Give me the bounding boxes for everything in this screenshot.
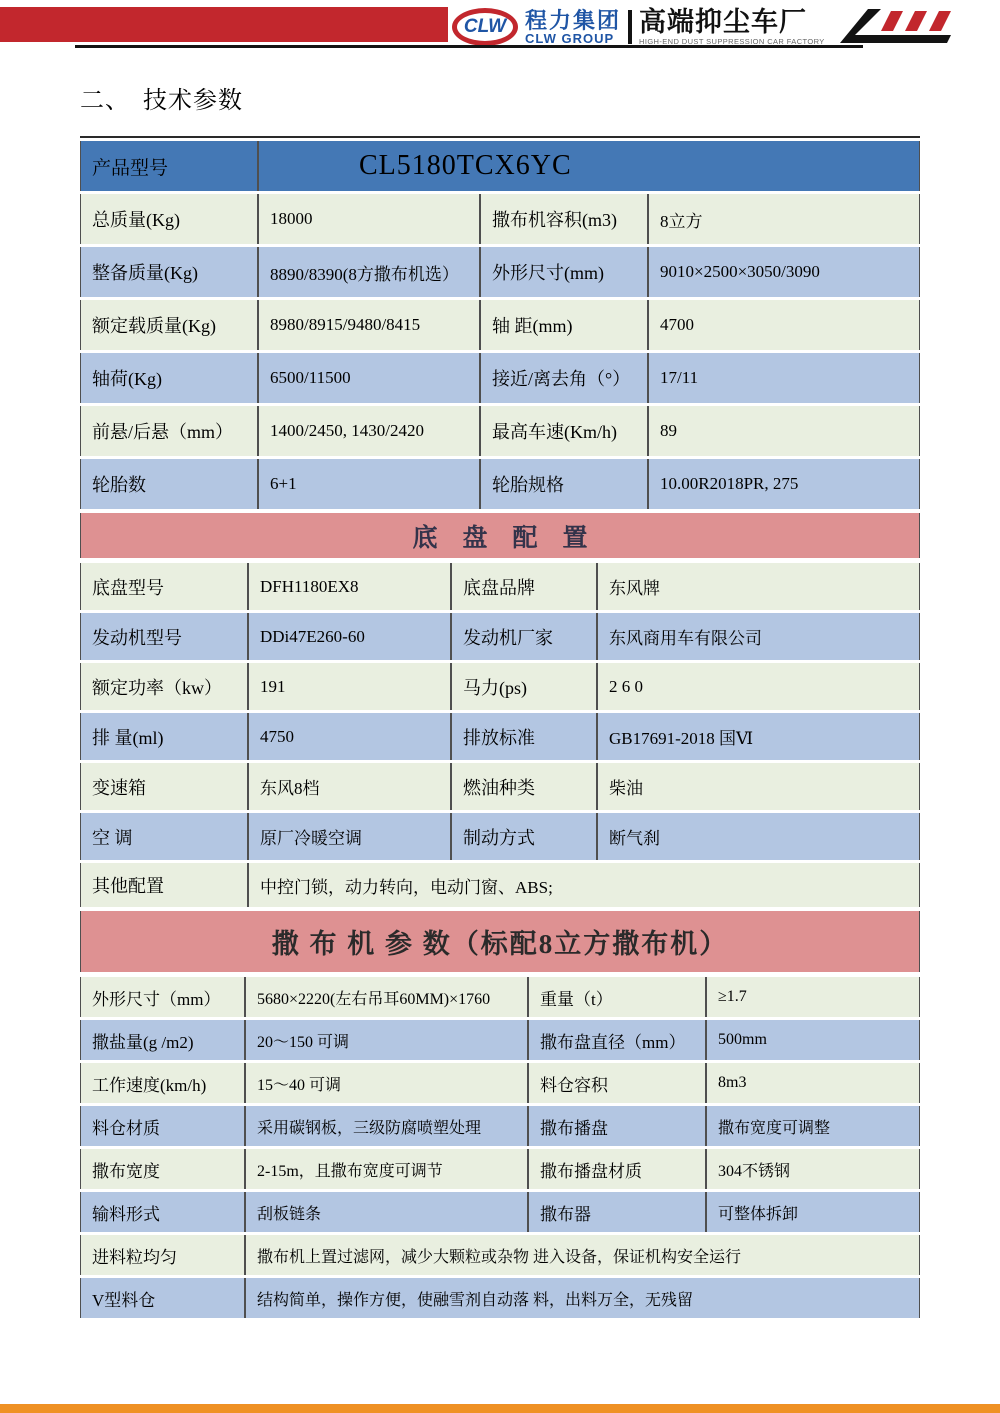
spec-label: 排 量(ml) (80, 713, 248, 760)
table-row: 变速箱 东风8档 燃油种类 柴油 (80, 763, 920, 810)
spec-label: 料仓容积 (528, 1063, 706, 1103)
spec-label: 撒布机容积(m3) (480, 194, 648, 244)
spec-label: 撒布盘直径（mm） (528, 1020, 706, 1060)
spec-label: 发动机型号 (80, 613, 248, 660)
clw-badge-text: CLW (464, 16, 506, 38)
page-title: 二、 技术参数 (80, 80, 243, 115)
spec-value: 2-15m，且撒布宽度可调节 (245, 1149, 528, 1189)
spec-label: 进料粒均匀 (80, 1235, 245, 1275)
table-row: 底盘型号 DFH1180EX8 底盘品牌 东风牌 (80, 563, 920, 610)
brand-block: 程力集团 CLW GROUP (525, 9, 621, 46)
spec-value: 17/11 (648, 353, 920, 403)
spec-label: 空 调 (80, 813, 248, 860)
spec-label: 总质量(Kg) (80, 194, 258, 244)
table-row: 总质量(Kg) 18000 撒布机容积(m3) 8立方 (80, 194, 920, 244)
spec-value: 10.00R2018PR, 275 (648, 459, 920, 509)
spec-value: 1400/2450, 1430/2420 (258, 406, 480, 456)
spec-label: 燃油种类 (451, 763, 597, 810)
spec-label: 撒布器 (528, 1192, 706, 1232)
header-red-bar (0, 7, 448, 42)
swoosh-logo-icon (834, 7, 958, 47)
spec-label: 额定功率（kw） (80, 663, 248, 710)
spec-value: 15～40 可调 (245, 1063, 528, 1103)
spec-value: DFH1180EX8 (248, 563, 451, 610)
header-divider (628, 10, 632, 44)
table-row: 外形尺寸（mm） 5680×2220(左右吊耳60MM)×1760 重量（t） … (80, 977, 920, 1017)
table-row: 发动机型号 DDi47E260-60 发动机厂家 东风商用车有限公司 (80, 613, 920, 660)
section-title: 底 盘 配 置 (412, 518, 587, 554)
spec-label: 轴 距(mm) (480, 300, 648, 350)
spec-label: 轮胎规格 (480, 459, 648, 509)
spec-label: 工作速度(km/h) (80, 1063, 245, 1103)
spec-value: 柴油 (597, 763, 920, 810)
table-row: 进料粒均匀 撒布机上置过滤网，减少大颗粒或杂物 进入设备，保证机构安全运行 (80, 1235, 920, 1275)
clw-oval-logo-icon: CLW (452, 8, 518, 46)
table-row: 撒布宽度 2-15m，且撒布宽度可调节 撒布播盘材质 304不锈钢 (80, 1149, 920, 1189)
spec-label: 马力(ps) (451, 663, 597, 710)
factory-title: 高端抑尘车厂 (639, 9, 825, 36)
table-row: 额定功率（kw） 191 马力(ps) 2 6 0 (80, 663, 920, 710)
spec-value: 89 (648, 406, 920, 456)
spec-label: 重量（t） (528, 977, 706, 1017)
table-row: 工作速度(km/h) 15～40 可调 料仓容积 8m3 (80, 1063, 920, 1103)
header-underline (75, 45, 863, 48)
spec-value: 撒布宽度可调整 (706, 1106, 920, 1146)
spec-value: 结构简单，操作方便，使融雪剂自动落 料，出料万全，无残留 (245, 1278, 920, 1318)
spec-label: 底盘型号 (80, 563, 248, 610)
brand-name-cn: 程力集团 (525, 9, 621, 32)
spec-value: 5680×2220(左右吊耳60MM)×1760 (245, 977, 528, 1017)
spec-label: 额定载质量(Kg) (80, 300, 258, 350)
spec-value: 4750 (248, 713, 451, 760)
spec-label: 撒盐量(g /m2) (80, 1020, 245, 1060)
spec-value: 东风8档 (248, 763, 451, 810)
table-row: 其他配置 中控门锁，动力转向，电动门窗、ABS; (80, 863, 920, 907)
spec-label: 轴荷(Kg) (80, 353, 258, 403)
spec-value: 8立方 (648, 194, 920, 244)
table-row: 整备质量(Kg) 8890/8390(8方撒布机选） 外形尺寸(mm) 9010… (80, 247, 920, 297)
spec-value: 8890/8390(8方撒布机选） (258, 247, 480, 297)
section-title: 撒 布 机 参 数（标配8立方撒布机） (272, 922, 729, 961)
table-row: 输料形式 刮板链条 撒布器 可整体拆卸 (80, 1192, 920, 1232)
spreader-table: 外形尺寸（mm） 5680×2220(左右吊耳60MM)×1760 重量（t） … (80, 974, 920, 1321)
spec-value: 撒布机上置过滤网，减少大颗粒或杂物 进入设备，保证机构安全运行 (245, 1235, 920, 1275)
spec-value: 断气刹 (597, 813, 920, 860)
product-model-value: CL5180TCX6YC (258, 141, 920, 191)
table-row: 产品型号 CL5180TCX6YC (80, 141, 920, 191)
spec-label: 外形尺寸（mm） (80, 977, 245, 1017)
spec-value: 9010×2500×3050/3090 (648, 247, 920, 297)
spec-label: 整备质量(Kg) (80, 247, 258, 297)
spec-value: 6500/11500 (258, 353, 480, 403)
spec-label: 发动机厂家 (451, 613, 597, 660)
header-logo-row: CLW 程力集团 CLW GROUP 高端抑尘车厂 HIGH-END DUST … (452, 5, 958, 49)
main-spec-table: 产品型号 CL5180TCX6YC 总质量(Kg) 18000 撒布机容积(m3… (80, 136, 920, 512)
spec-value: 原厂冷暖空调 (248, 813, 451, 860)
table-row: 前悬/后悬（mm） 1400/2450, 1430/2420 最高车速(Km/h… (80, 406, 920, 456)
spec-label: 撒布宽度 (80, 1149, 245, 1189)
spreader-section-header: 撒 布 机 参 数（标配8立方撒布机） (80, 911, 920, 972)
brand-name-en: CLW GROUP (525, 32, 621, 46)
spec-sheet: 产品型号 CL5180TCX6YC 总质量(Kg) 18000 撒布机容积(m3… (80, 136, 920, 1321)
spec-value: 东风牌 (597, 563, 920, 610)
factory-block: 高端抑尘车厂 HIGH-END DUST SUPPRESSION CAR FAC… (639, 9, 825, 46)
spec-value: 可整体拆卸 (706, 1192, 920, 1232)
spec-label: 外形尺寸(mm) (480, 247, 648, 297)
spec-value: 8m3 (706, 1063, 920, 1103)
spec-value: 中控门锁，动力转向，电动门窗、ABS; (248, 863, 920, 907)
table-row: 撒盐量(g /m2) 20～150 可调 撒布盘直径（mm） 500mm (80, 1020, 920, 1060)
spec-label: 制动方式 (451, 813, 597, 860)
spec-value: 2 6 0 (597, 663, 920, 710)
spec-value: 18000 (258, 194, 480, 244)
spec-label: 撒布播盘材质 (528, 1149, 706, 1189)
spec-label: 排放标准 (451, 713, 597, 760)
spec-value: 191 (248, 663, 451, 710)
spec-label: 产品型号 (80, 141, 258, 191)
spec-label: 底盘品牌 (451, 563, 597, 610)
spec-value: 采用碳钢板，三级防腐喷塑处理 (245, 1106, 528, 1146)
spec-label: 变速箱 (80, 763, 248, 810)
footer-orange-bar (0, 1404, 1000, 1413)
table-row: 额定载质量(Kg) 8980/8915/9480/8415 轴 距(mm) 47… (80, 300, 920, 350)
table-row: V型料仓 结构简单，操作方便，使融雪剂自动落 料，出料万全，无残留 (80, 1278, 920, 1318)
spec-value: GB17691-2018 国Ⅵ (597, 713, 920, 760)
spec-label: 最高车速(Km/h) (480, 406, 648, 456)
spec-label: 其他配置 (80, 863, 248, 907)
spec-label: 接近/离去角（°） (480, 353, 648, 403)
spec-value: 4700 (648, 300, 920, 350)
spec-label: 料仓材质 (80, 1106, 245, 1146)
table-row: 料仓材质 采用碳钢板，三级防腐喷塑处理 撒布播盘 撒布宽度可调整 (80, 1106, 920, 1146)
spec-value: DDi47E260-60 (248, 613, 451, 660)
spec-value: 304不锈钢 (706, 1149, 920, 1189)
table-row: 空 调 原厂冷暖空调 制动方式 断气刹 (80, 813, 920, 860)
spec-label: 前悬/后悬（mm） (80, 406, 258, 456)
table-row: 轮胎数 6+1 轮胎规格 10.00R2018PR, 275 (80, 459, 920, 509)
table-row: 排 量(ml) 4750 排放标准 GB17691-2018 国Ⅵ (80, 713, 920, 760)
spec-value: 8980/8915/9480/8415 (258, 300, 480, 350)
spec-label: 撒布播盘 (528, 1106, 706, 1146)
spec-value: 刮板链条 (245, 1192, 528, 1232)
spec-label: 输料形式 (80, 1192, 245, 1232)
spec-value: 500mm (706, 1020, 920, 1060)
spec-value: 6+1 (258, 459, 480, 509)
spec-value: ≥1.7 (706, 977, 920, 1017)
spec-label: 轮胎数 (80, 459, 258, 509)
table-row: 轴荷(Kg) 6500/11500 接近/离去角（°） 17/11 (80, 353, 920, 403)
spec-value: 20～150 可调 (245, 1020, 528, 1060)
spec-value: 东风商用车有限公司 (597, 613, 920, 660)
spec-label: V型料仓 (80, 1278, 245, 1318)
chassis-table: 底盘型号 DFH1180EX8 底盘品牌 东风牌 发动机型号 DDi47E260… (80, 560, 920, 910)
chassis-section-header: 底 盘 配 置 (80, 513, 920, 558)
